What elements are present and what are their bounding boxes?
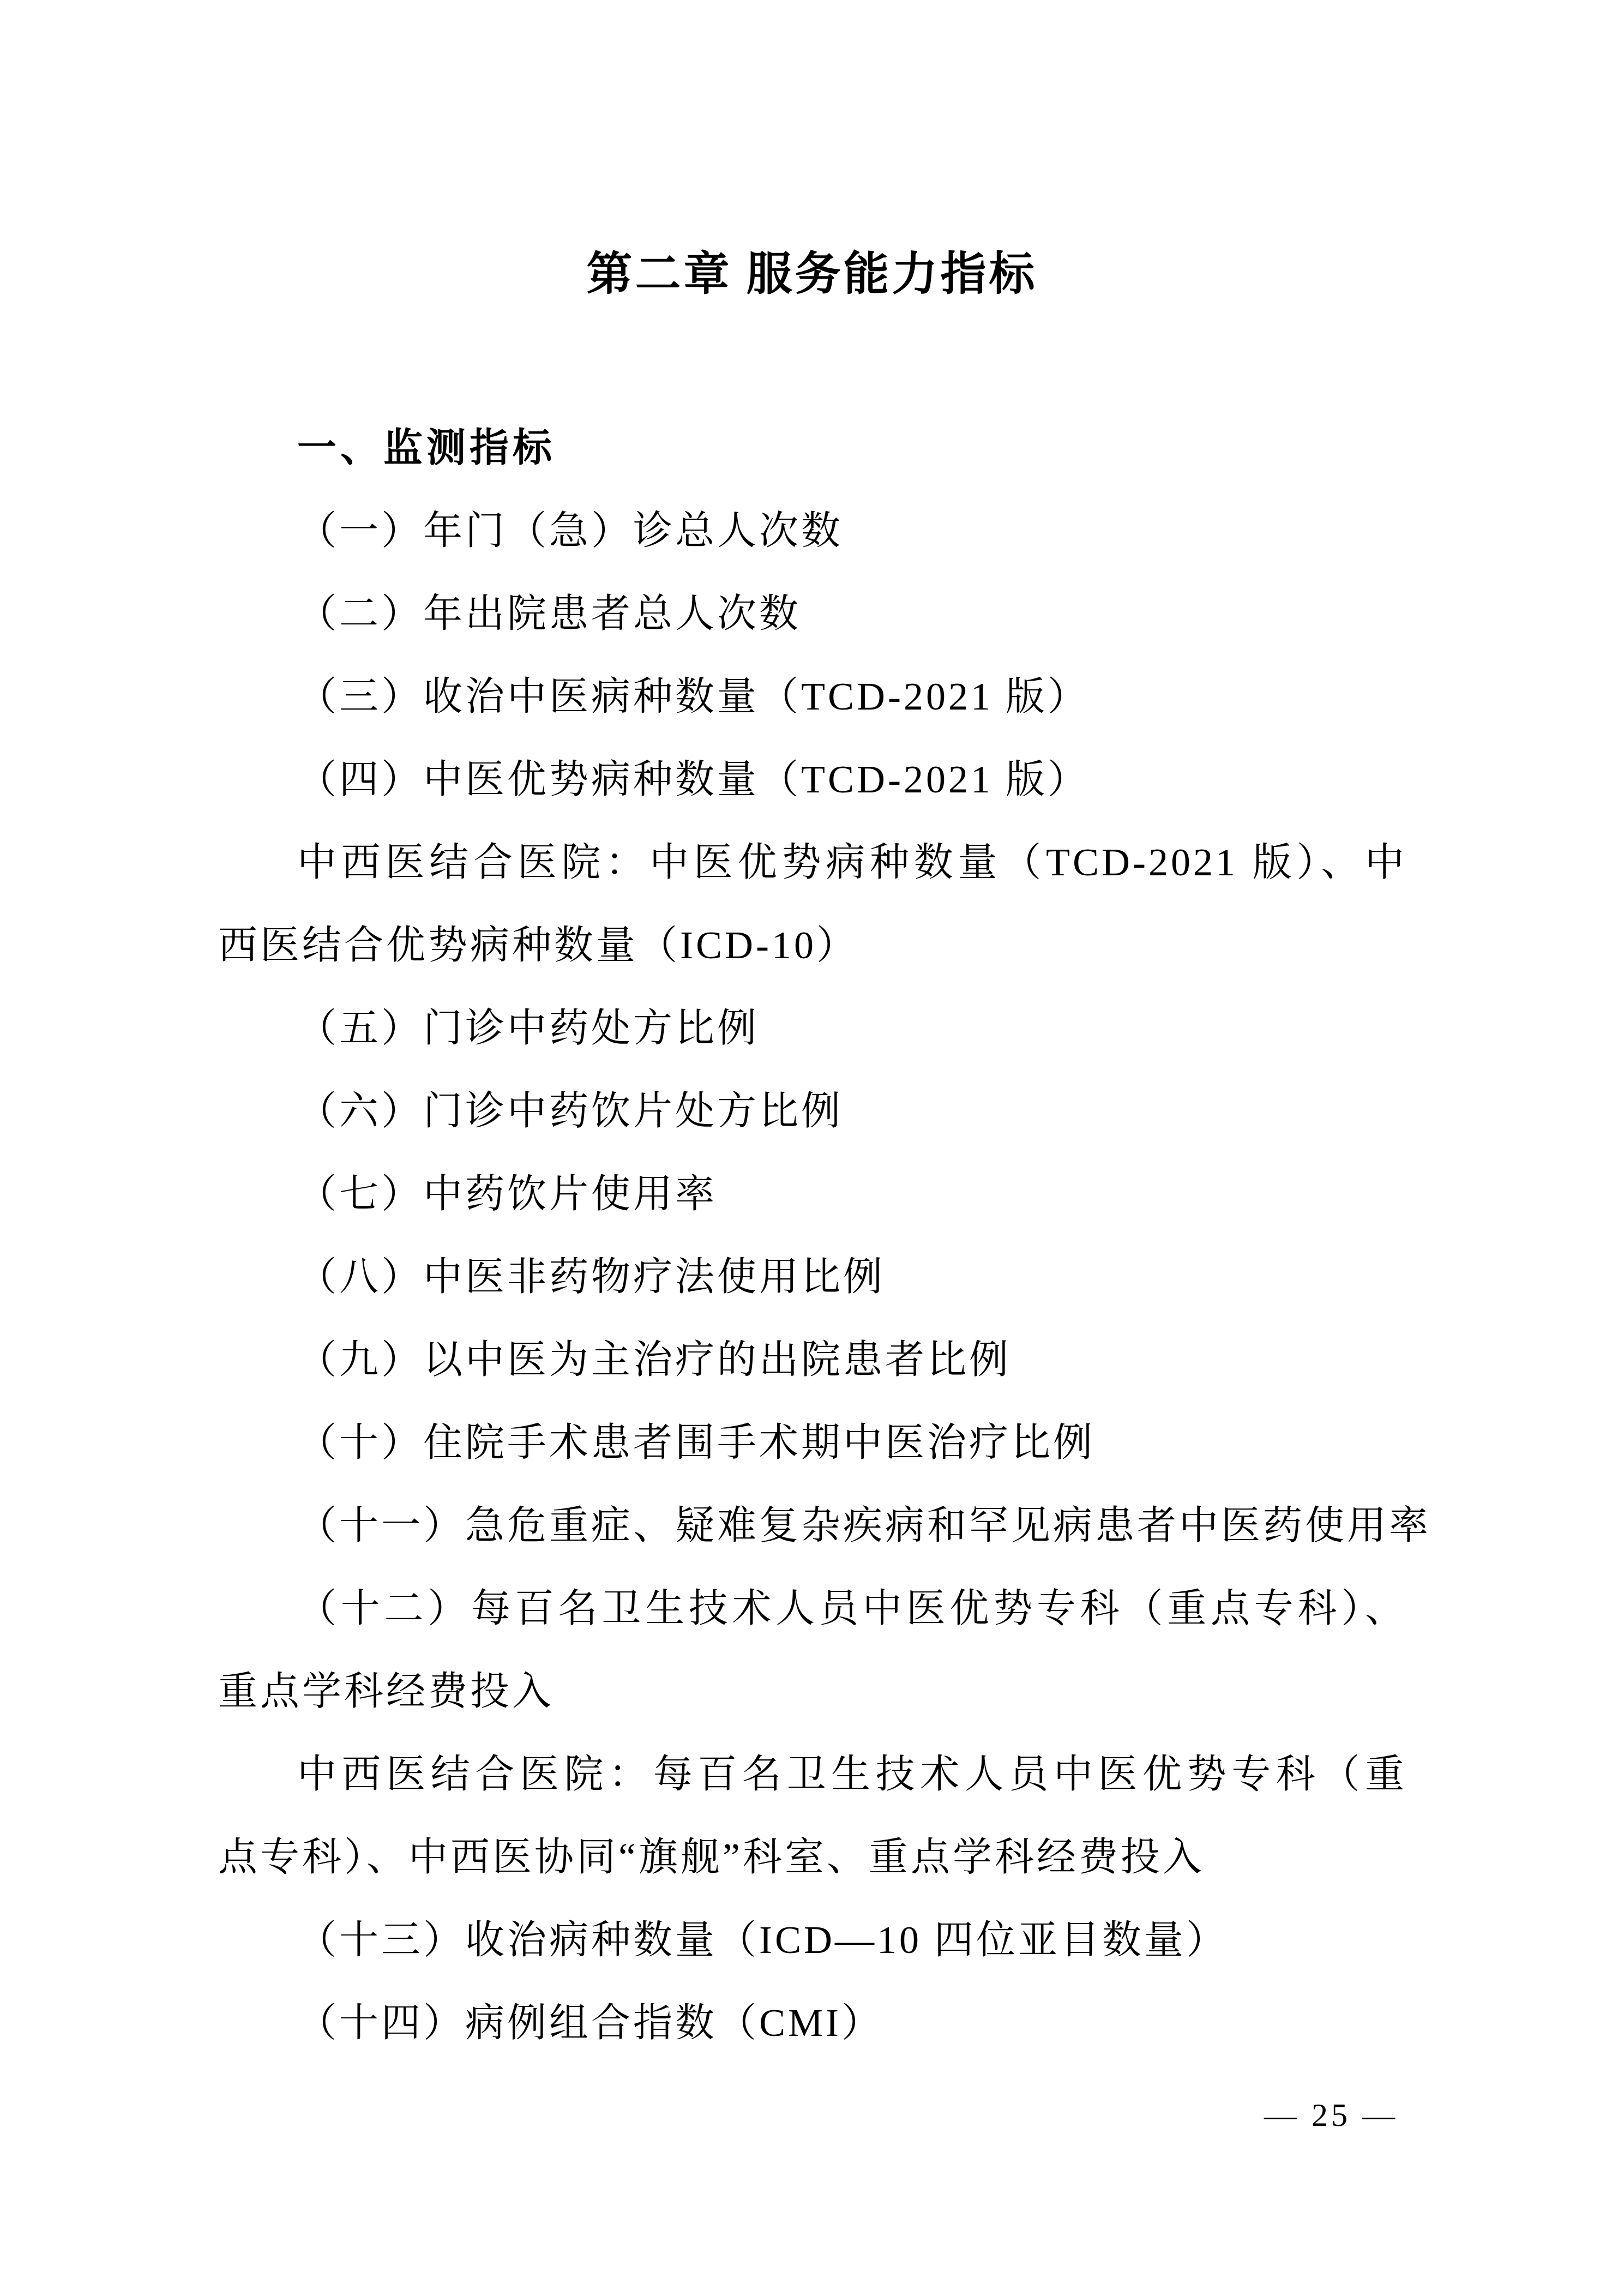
list-item-2: （二）年出院患者总人次数	[218, 572, 1407, 655]
list-item-8: （八）中医非药物疗法使用比例	[218, 1235, 1407, 1318]
list-item-7: （七）中药饮片使用率	[218, 1152, 1407, 1235]
list-item-3: （三）收治中医病种数量（TCD-2021 版）	[218, 655, 1407, 738]
list-item-13: （十三）收治病种数量（ICD—10 四位亚目数量）	[218, 1898, 1407, 1981]
document-page: 第二章 服务能力指标 一、监测指标 （一）年门（急）诊总人次数 （二）年出院患者…	[0, 0, 1624, 2296]
list-item-6: （六）门诊中药饮片处方比例	[218, 1069, 1407, 1152]
paragraph-line: 中西医结合医院：每百名卫生技术人员中医优势专科（重	[218, 1733, 1407, 1816]
chapter-title: 第二章 服务能力指标	[0, 252, 1624, 298]
list-item-4: （四）中医优势病种数量（TCD-2021 版）	[218, 738, 1407, 821]
continuation-line: 点专科）、中西医协同“旗舰”科室、重点学科经费投入	[218, 1816, 1407, 1898]
continuation-line: 重点学科经费投入	[218, 1650, 1407, 1733]
list-item-12: （十二）每百名卫生技术人员中医优势专科（重点专科）、	[218, 1567, 1407, 1650]
list-item-14: （十四）病例组合指数（CMI）	[218, 1981, 1407, 2064]
list-item-1: （一）年门（急）诊总人次数	[218, 489, 1407, 572]
list-item-11: （十一）急危重症、疑难复杂疾病和罕见病患者中医药使用率	[218, 1484, 1407, 1567]
section-heading: 一、监测指标	[218, 406, 1407, 489]
page-number: — 25 —	[1264, 2099, 1398, 2131]
list-item-5: （五）门诊中药处方比例	[218, 987, 1407, 1069]
list-item-10: （十）住院手术患者围手术期中医治疗比例	[218, 1401, 1407, 1484]
paragraph-line: 中西医结合医院：中医优势病种数量（TCD-2021 版）、中	[218, 821, 1407, 904]
continuation-line: 西医结合优势病种数量（ICD-10）	[218, 904, 1407, 987]
list-item-9: （九）以中医为主治疗的出院患者比例	[218, 1318, 1407, 1401]
document-body: 一、监测指标 （一）年门（急）诊总人次数 （二）年出院患者总人次数 （三）收治中…	[218, 406, 1407, 2064]
